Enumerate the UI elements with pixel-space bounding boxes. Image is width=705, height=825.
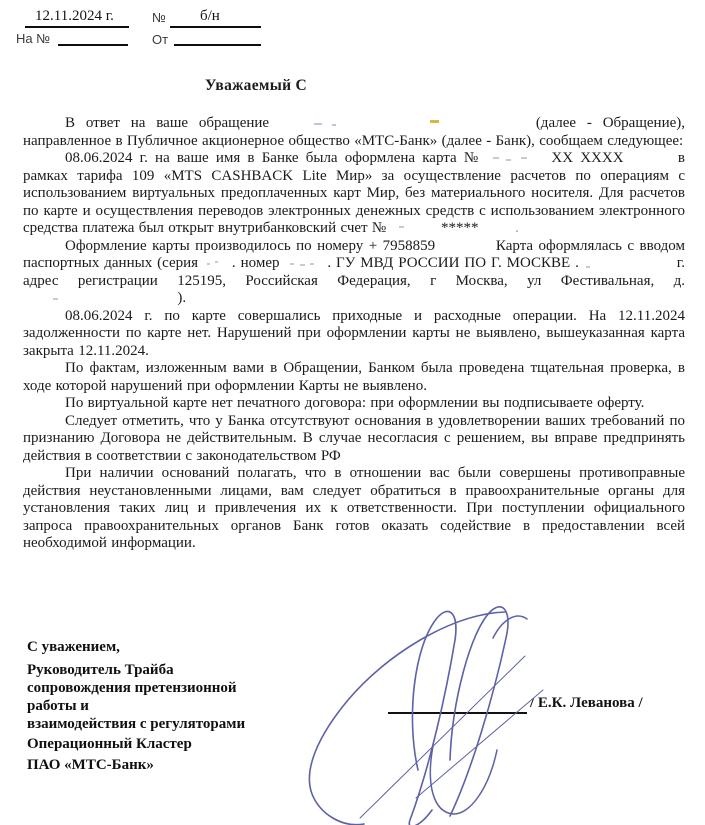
paragraph-2-text: 08.06.2024 г. на ваше имя в Банке была о… (65, 150, 481, 166)
redaction-mark (521, 157, 527, 159)
closing-line: взаимодействия с регуляторами (27, 715, 245, 733)
paragraph-7: Следует отметить, что у Банка отсутствую… (23, 413, 685, 466)
paragraph-3-text: Оформление карты производилось по номеру… (65, 238, 435, 254)
redaction-mark (493, 157, 499, 159)
redaction-mark (290, 263, 294, 265)
signature-stroke (409, 611, 456, 825)
redaction-gap (203, 258, 227, 267)
closing-line: ПАО «МТС-Банк» (27, 756, 245, 774)
redaction-gap (441, 241, 491, 250)
redaction-mark (207, 263, 210, 265)
redaction-mark (215, 261, 218, 263)
paragraph-4: 08.06.2024 г. по карте совершались прихо… (23, 308, 685, 361)
redaction-mark (310, 263, 314, 265)
highlight-mark (430, 120, 439, 123)
letterhead-number-underline (170, 26, 261, 28)
letterhead-from-underline (174, 44, 261, 46)
paragraph-2-text: . (515, 220, 519, 236)
redaction-gap (280, 118, 525, 127)
paragraph-3-text: . (575, 255, 579, 271)
closing-block: С уважением, Руководитель Трайба сопрово… (27, 638, 245, 774)
letterhead-number-value: б/н (200, 8, 220, 25)
signature-line (388, 712, 527, 714)
letterhead-from-label: От (152, 32, 168, 47)
redaction-gap (584, 258, 672, 267)
redaction-mark (314, 123, 322, 125)
signature-stroke (309, 612, 505, 825)
letterhead-on-number-underline (58, 44, 128, 46)
paragraph-1-text: В ответ на ваше обращение (65, 115, 269, 131)
closing-line: сопровождения претензионной (27, 679, 245, 697)
paragraph-1: В ответ на ваше обращение (далее - Обращ… (23, 115, 685, 150)
paragraph-6: По виртуальной карте нет печатного догов… (23, 395, 685, 413)
redaction-mark (506, 159, 511, 161)
signature-stroke (493, 616, 527, 638)
letterhead-on-number-label: На № (16, 31, 50, 46)
redaction-gap (284, 258, 322, 267)
letterhead-date: 12.11.2024 г. (35, 8, 114, 25)
redaction-mark (53, 298, 58, 300)
signatory-name: / Е.К. Леванова / (530, 695, 643, 712)
redaction-gap (391, 223, 437, 232)
paragraph-2-text: XX XXXX (551, 150, 623, 166)
closing-line: Руководитель Трайба (27, 661, 245, 679)
paragraph-3: Оформление карты производилось по номеру… (23, 238, 685, 308)
paragraph-2-text: ***** (441, 220, 479, 236)
salutation: Уважаемый С (205, 77, 307, 95)
paragraph-5: По фактам, изложенным вами в Обращении, … (23, 360, 685, 395)
signature-stroke (416, 690, 543, 798)
redaction-gap (631, 153, 671, 162)
signature-stroke (430, 746, 497, 814)
signature-stroke (360, 656, 525, 818)
closing-line: работы и (27, 697, 245, 715)
letterhead-number-label: № (152, 10, 166, 25)
redaction-gap (488, 153, 544, 162)
closing-line: С уважением, (27, 638, 245, 656)
redaction-mark (399, 226, 404, 228)
paragraph-3-text: ). (177, 290, 186, 306)
letterhead-date-underline (25, 26, 129, 28)
letter-body: В ответ на ваше обращение (далее - Обращ… (23, 115, 685, 553)
redaction-gap (23, 293, 173, 302)
redaction-mark (332, 124, 336, 126)
paragraph-8: При наличии оснований полагать, что в от… (23, 465, 685, 553)
paragraph-3-text: . ГУ МВД РОССИИ ПО Г. МОСКВЕ (327, 255, 570, 271)
closing-line: Операционный Кластер (27, 735, 245, 753)
paragraph-3-text: . номер (232, 255, 280, 271)
redaction-gap (483, 223, 511, 232)
redaction-mark (300, 264, 305, 266)
redaction-mark (586, 266, 590, 268)
paragraph-2: 08.06.2024 г. на ваше имя в Банке была о… (23, 150, 685, 238)
